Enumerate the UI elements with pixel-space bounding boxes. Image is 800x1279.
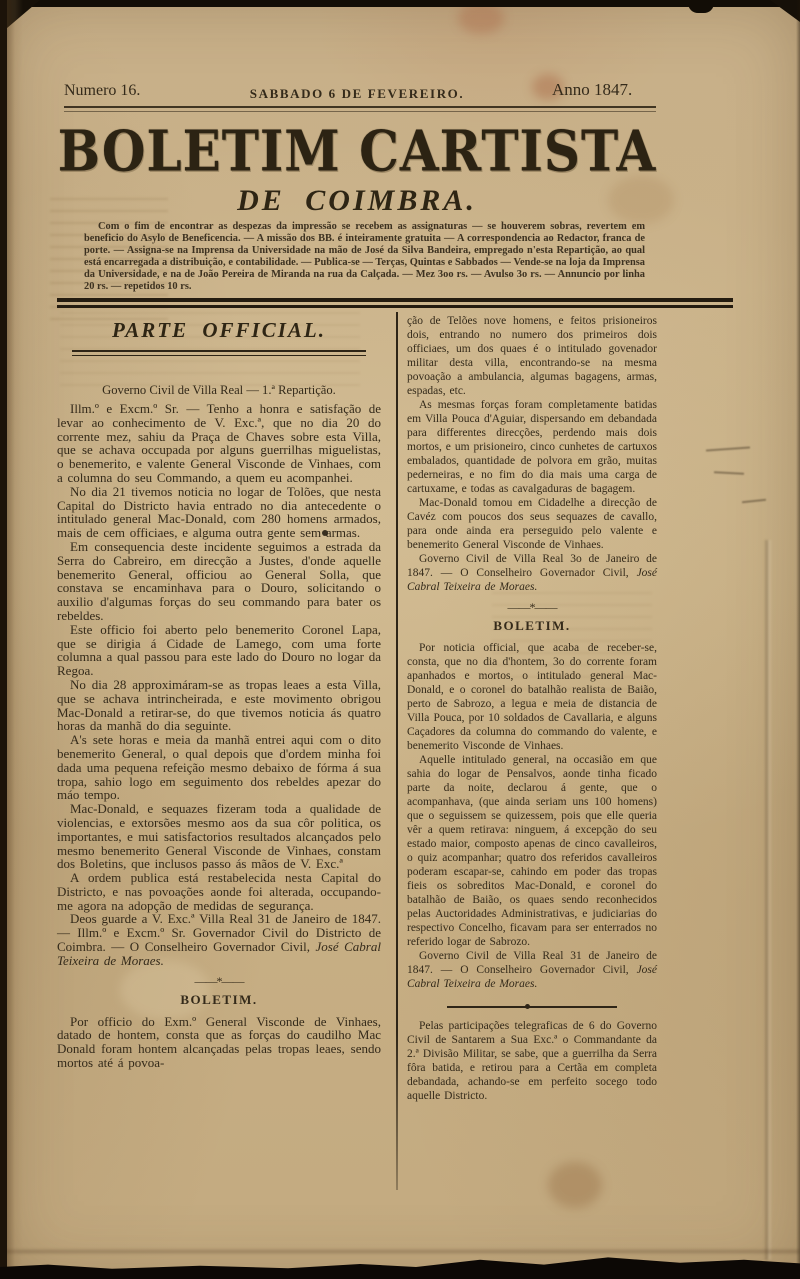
ink-blot: [322, 530, 328, 536]
section-ornament: ——*——: [407, 600, 657, 615]
section-separator-rule: [57, 298, 733, 308]
newspaper-title: BOLETIM CARTISTA: [57, 118, 657, 184]
column-divider-rule: [396, 312, 398, 1190]
pencil-mark: [742, 499, 766, 503]
article-heading: Governo Civil de Villa Real — 1.ª Repart…: [57, 383, 381, 398]
paper-crease: [764, 540, 772, 1260]
article-paragraph: A ordem publica está restabelecida nesta…: [57, 871, 381, 912]
page-edge-right: [796, 0, 800, 1279]
subscription-notice: Com o fim de encontrar as despezas da im…: [84, 221, 645, 293]
section-ornament: ——*——: [57, 974, 381, 989]
paper-crease: [0, 1250, 800, 1253]
article-paragraph: Por officio do Exm.º General Visconde de…: [57, 1015, 381, 1070]
signature-text: Governo Civil de Villa Real 3o de Janeir…: [407, 553, 657, 579]
signature-paragraph: Governo Civil de Villa Real 31 de Janeir…: [407, 949, 657, 991]
signature-text: Governo Civil de Villa Real 31 de Janeir…: [407, 950, 657, 976]
article-paragraph: Illm.º e Excm.º Sr. — Tenho a honra e sa…: [57, 402, 381, 485]
signature-paragraph: Deos guarde a V. Exc.ª Villa Real 31 de …: [57, 912, 381, 967]
right-column: ção de Telões nove homens, e feitos pris…: [407, 314, 657, 1103]
separator-dot: [525, 1004, 530, 1009]
boletim-heading: BOLETIM.: [57, 992, 381, 1008]
section-title: PARTE OFFICIAL.: [57, 318, 381, 343]
pencil-mark: [706, 446, 750, 451]
article-paragraph: Aquelle intitulado general, na occasião …: [407, 753, 657, 949]
signature-paragraph: Governo Civil de Villa Real 3o de Janeir…: [407, 552, 657, 594]
section-title-rule: [72, 350, 366, 356]
article-paragraph: As mesmas forças foram completamente bat…: [407, 398, 657, 496]
page-edge-bottom: [0, 1249, 800, 1279]
article-paragraph: Este officio foi aberto pelo benemerito …: [57, 623, 381, 678]
newspaper-page: Numero 16. SABBADO 6 DE FEVEREIRO. Anno …: [0, 0, 800, 1279]
page-edge-left: [0, 0, 7, 1279]
article-paragraph: Em consequencia deste incidente seguimos…: [57, 540, 381, 623]
boletim-heading: BOLETIM.: [407, 618, 657, 634]
article-paragraph: No dia 28 approximáram-se as tropas leae…: [57, 678, 381, 733]
article-paragraph: Mac-Donald, e sequazes fizeram toda a qu…: [57, 802, 381, 871]
article-paragraph: No dia 21 tivemos noticia no logar de To…: [57, 485, 381, 540]
article-paragraph: Por noticia official, que acaba de receb…: [407, 641, 657, 753]
page-edge-top: [0, 0, 800, 7]
article-paragraph: Pelas participações telegraficas de 6 do…: [407, 1019, 657, 1103]
article-paragraph: ção de Telões nove homens, e feitos pris…: [407, 314, 657, 398]
article-paragraph: Mac-Donald tomou em Cidadelhe a direcção…: [407, 496, 657, 552]
left-column: PARTE OFFICIAL. Governo Civil de Villa R…: [57, 316, 381, 1070]
paper-stain: [548, 1162, 602, 1208]
masthead-rule: [64, 106, 656, 112]
newspaper-subtitle: DE COIMBRA.: [57, 184, 657, 218]
page-curl: [7, 0, 23, 1279]
pencil-mark: [714, 471, 744, 475]
closing-separator-rule: [447, 1006, 617, 1008]
edition-year: Anno 1847.: [552, 80, 632, 100]
article-paragraph: A's sete horas e meia da manhã entrei aq…: [57, 733, 381, 802]
page-edge-top: [688, 0, 714, 13]
